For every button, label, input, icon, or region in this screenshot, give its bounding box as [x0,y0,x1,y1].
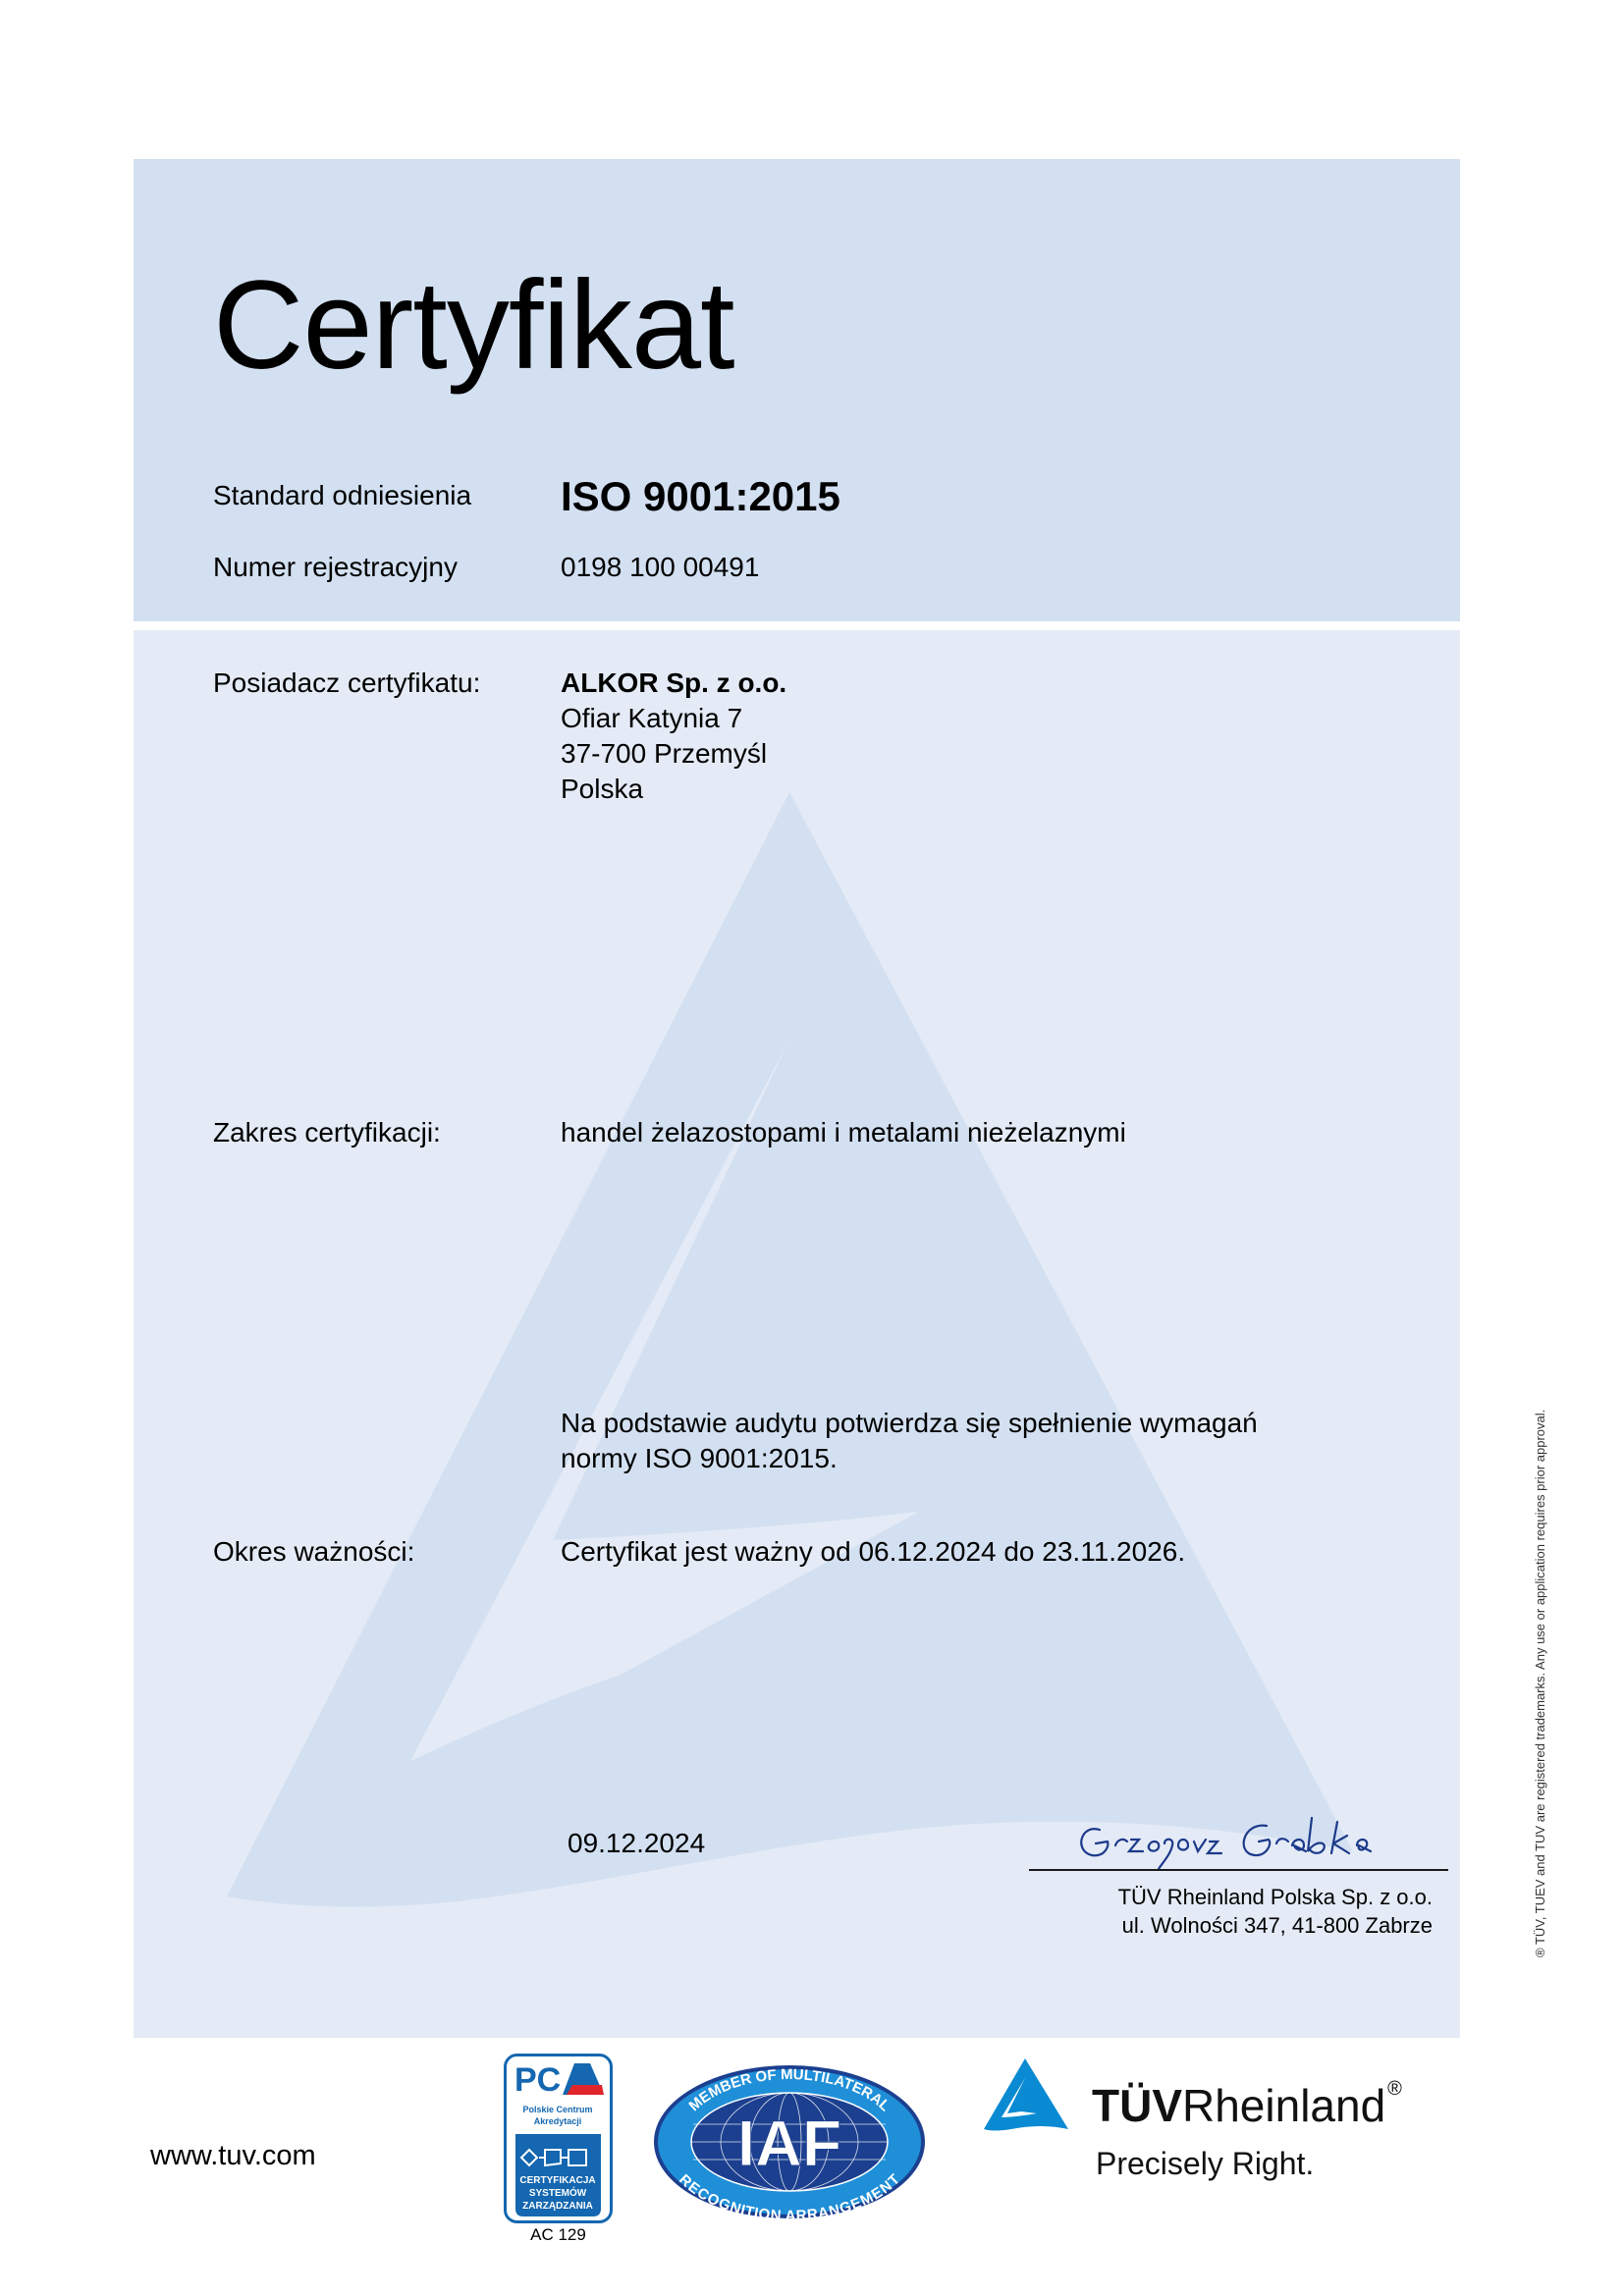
tuv-brand-bold: TÜV [1092,2080,1182,2131]
svg-text:Polskie Centrum: Polskie Centrum [522,2105,592,2114]
standard-value: ISO 9001:2015 [561,473,840,520]
holder-country: Polska [561,772,786,807]
tuv-triangle-logo-icon [982,2056,1070,2135]
signature-last-name [1244,1818,1371,1855]
certificate-title: Certyfikat [213,263,734,389]
validity-value: Certyfikat jest ważny od 06.12.2024 do 2… [561,1534,1185,1570]
signature-first-name [1081,1829,1221,1869]
statement-line-1: Na podstawie audytu potwierdza się spełn… [561,1406,1258,1441]
registration-label: Numer rejestracyjny [213,550,458,585]
tuv-brand-wordmark: TÜVRheinland® [1092,2083,1402,2128]
registered-mark: ® [1387,2078,1402,2100]
watermark-shape [227,792,1353,1906]
scope-label: Zakres certyfikacji: [213,1115,441,1150]
signature-icon [1070,1812,1394,1873]
validity-label: Okres ważności: [213,1534,414,1570]
standard-label: Standard odniesienia [213,478,471,513]
issuer-address: ul. Wolności 347, 41-800 Zabrze [1118,1911,1433,1940]
pca-code: AC 129 [504,2225,613,2245]
holder-street: Ofiar Katynia 7 [561,701,786,736]
svg-text:IAF: IAF [737,2107,841,2179]
registration-number: 0198 100 00491 [561,550,759,585]
issue-date: 09.12.2024 [568,1826,705,1861]
issuer-name: TÜV Rheinland Polska Sp. z o.o. [1118,1883,1433,1911]
svg-text:ZARZĄDZANIA: ZARZĄDZANIA [522,2201,593,2212]
holder-block: ALKOR Sp. z o.o. Ofiar Katynia 7 37-700 … [561,666,786,807]
scope-value: handel żelazostopami i metalami nieżelaz… [561,1115,1126,1150]
iaf-mla-logo-icon: IAF MEMBER OF MULTILATERAL RECOGNITION A… [652,2063,927,2220]
svg-text:SYSTEMÓW: SYSTEMÓW [529,2186,587,2199]
statement-line-2: normy ISO 9001:2015. [561,1441,1258,1476]
statement-block: Na podstawie audytu potwierdza się spełn… [561,1406,1258,1476]
holder-label: Posiadacz certyfikatu: [213,666,480,701]
tuv-brand-regular: Rheinland [1182,2080,1385,2131]
website-link[interactable]: www.tuv.com [150,2140,316,2172]
pca-accreditation-logo-icon: PC Polskie Centrum Akredytacji CERTYFIKA… [504,2054,613,2226]
holder-name: ALKOR Sp. z o.o. [561,666,786,701]
svg-text:Akredytacji: Akredytacji [534,2116,582,2126]
trademark-note: ® TÜV, TUEV and TUV are registered trade… [1533,1410,1547,1957]
svg-text:PC: PC [514,2061,561,2099]
svg-text:CERTYFIKACJA: CERTYFIKACJA [519,2175,595,2186]
signature-line [1029,1869,1448,1871]
holder-city: 37-700 Przemyśl [561,736,786,772]
issuer-block: TÜV Rheinland Polska Sp. z o.o. ul. Woln… [1118,1883,1433,1940]
tuv-slogan: Precisely Right. [1096,2146,1314,2182]
